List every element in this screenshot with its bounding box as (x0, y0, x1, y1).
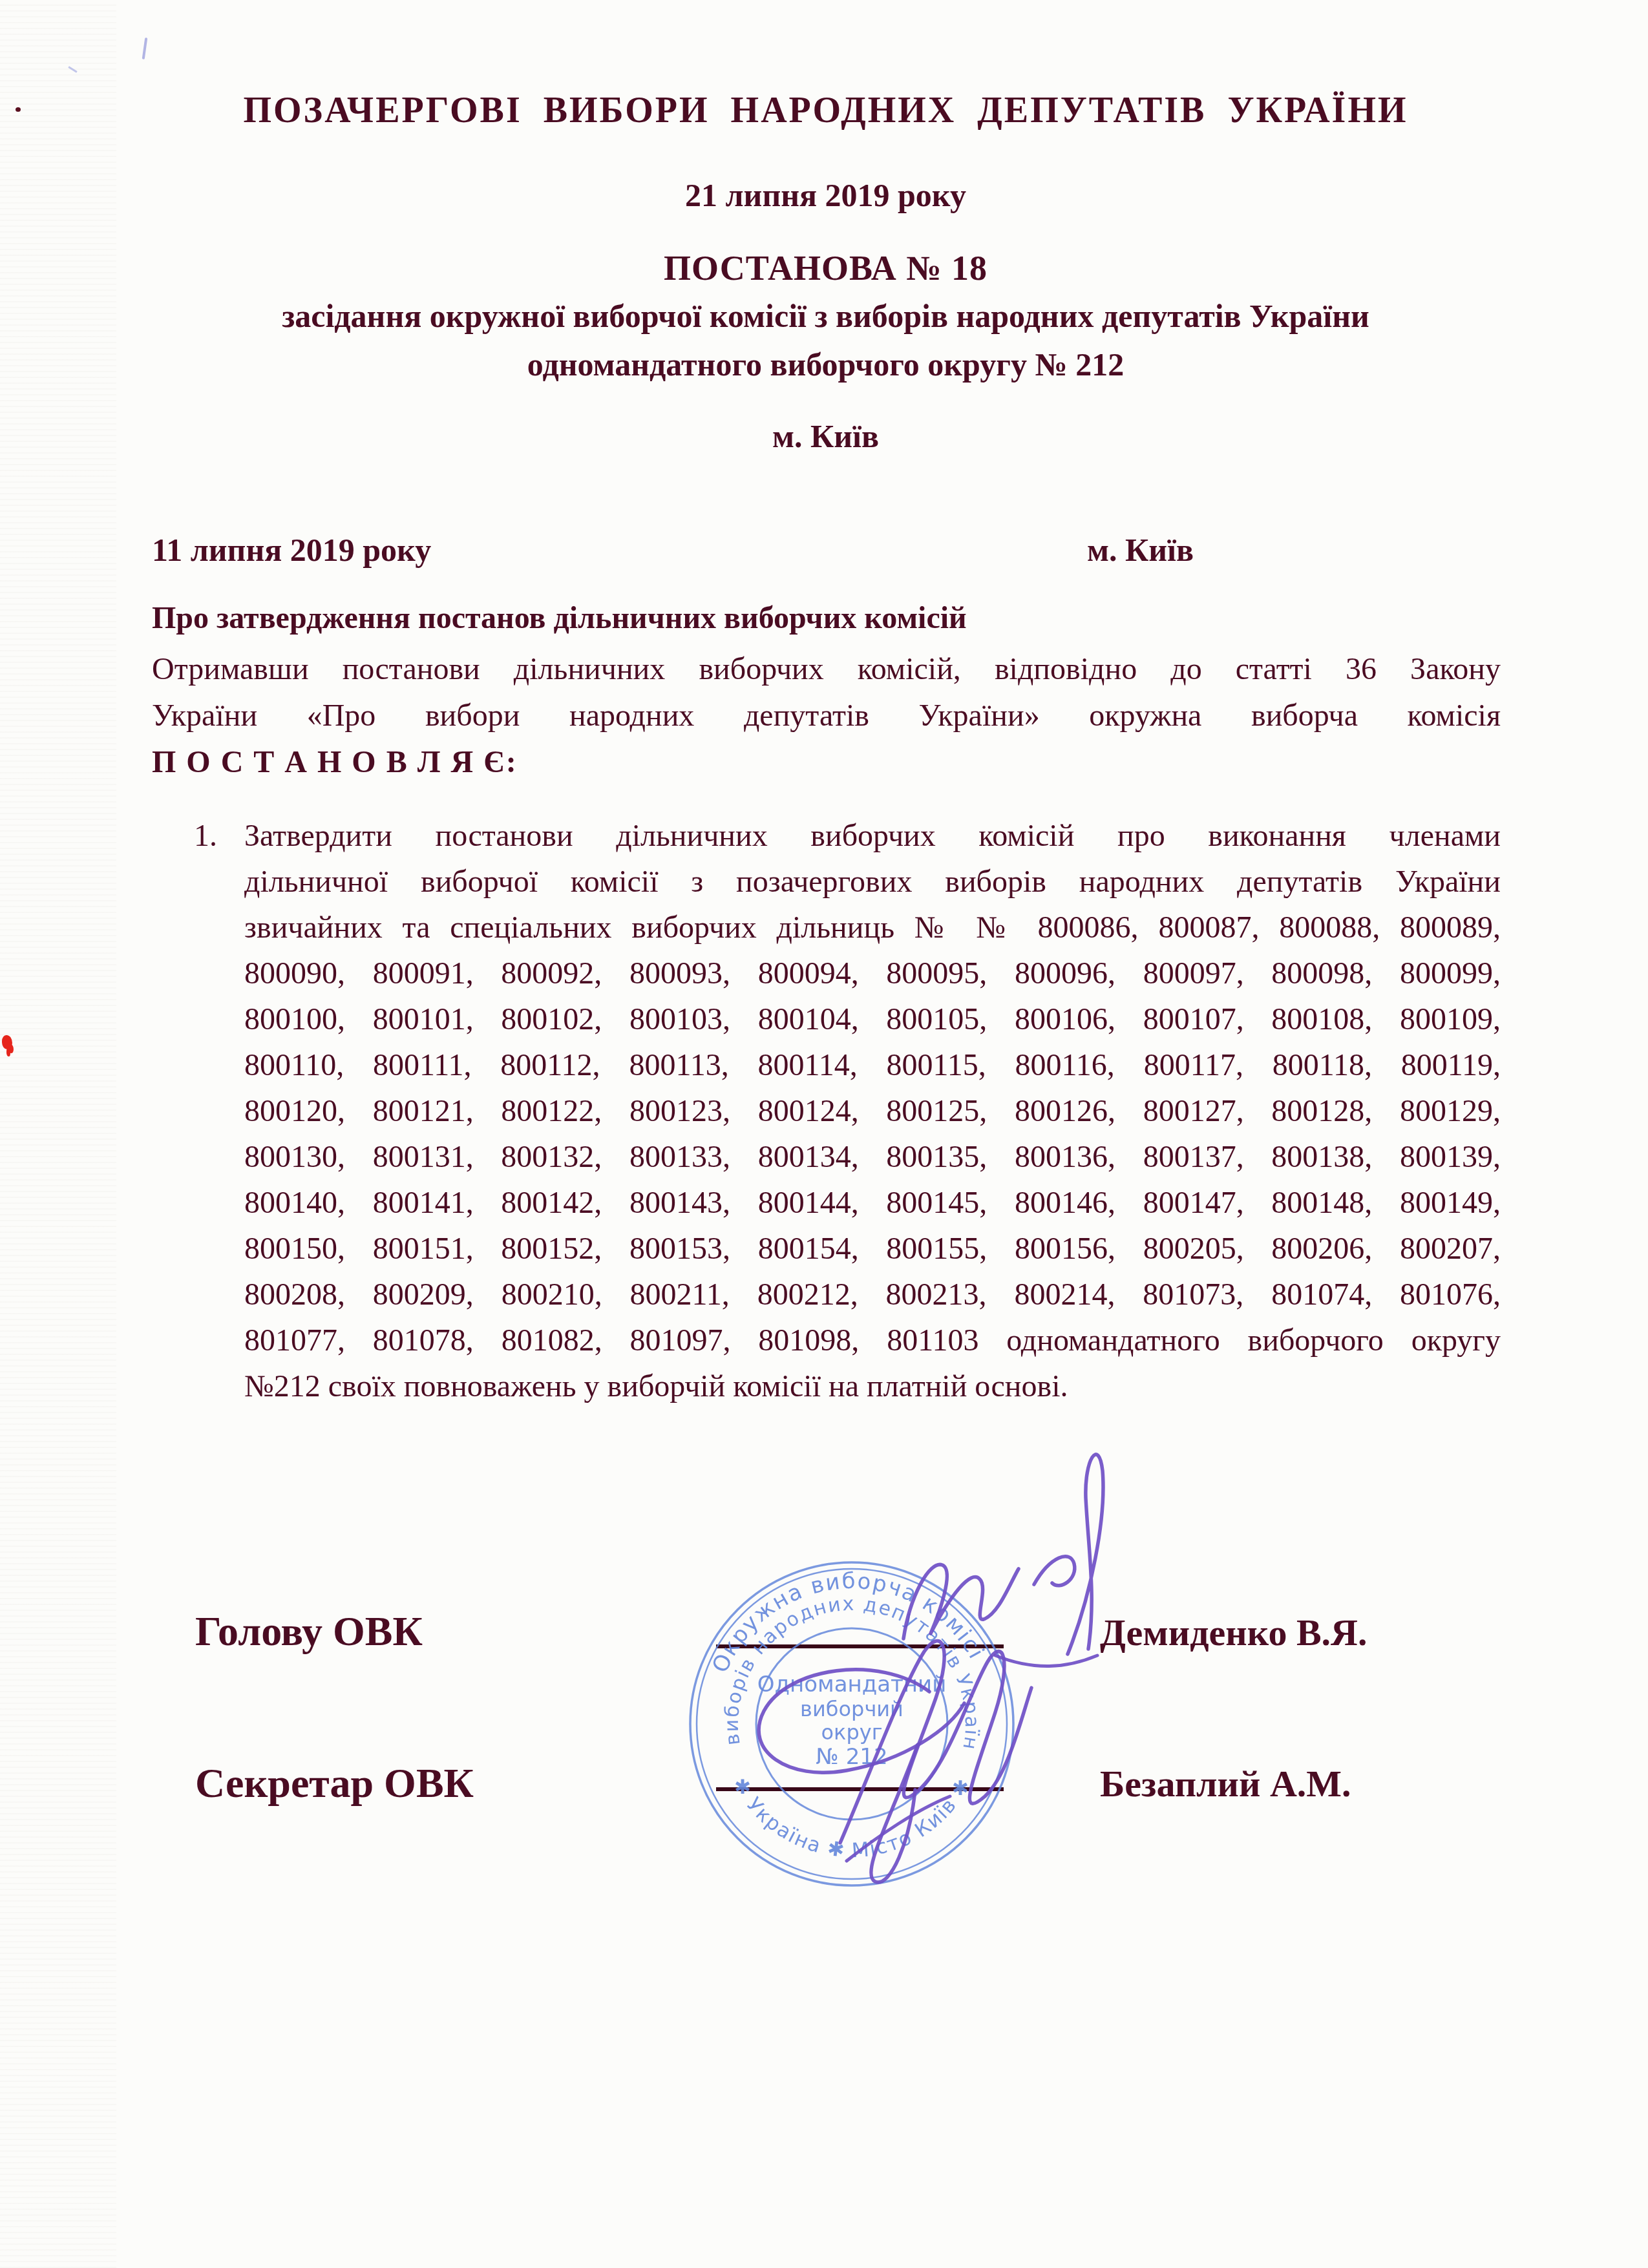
blue-pen-dash (68, 66, 77, 72)
item-1: 1. Затвердити постанови дільничних вибор… (194, 813, 1501, 1409)
item-1-line: Затвердити постанови дільничних виборчих… (244, 813, 1501, 859)
stamp-ring-top-text: Окружна виборча комісія (707, 1568, 989, 1730)
item-1-number: 1. (194, 813, 217, 859)
dateline-place: м. Київ (1087, 534, 1194, 566)
item-1-line: 801077, 801078, 801082, 801097, 801098, … (244, 1318, 1501, 1363)
stamp-center-line-3: округ (821, 1720, 883, 1745)
item-1-line: 800150, 800151, 800152, 800153, 800154, … (244, 1226, 1501, 1272)
item-1-line: 800130, 800131, 800132, 800133, 800134, … (244, 1134, 1501, 1180)
stamp-outer-circle-2 (697, 1569, 1007, 1879)
chairman-signature-line (716, 1644, 1004, 1648)
header-city: м. Київ (152, 420, 1499, 452)
subject-line: Про затвердження постанов дільничних виб… (152, 603, 967, 634)
resolution-number: ПОСТАНОВА № 18 (152, 251, 1499, 286)
item-1-line: 800120, 800121, 800122, 800123, 800124, … (244, 1088, 1501, 1134)
dateline-row: 11 липня 2019 року м. Київ (152, 534, 1499, 566)
secretary-label: Секретар ОВК (195, 1763, 474, 1804)
item-1-line: звичайних та спеціальних виборчих дільни… (244, 905, 1501, 950)
stamp-ring-inner-text: з виборів народних депутатів України (721, 1593, 983, 1752)
resolves-word: П О С Т А Н О В Л Я Є: (152, 739, 1501, 786)
document-title: ПОЗАЧЕРГОВІ ВИБОРИ НАРОДНИХ ДЕПУТАТІВ УК… (152, 92, 1499, 129)
preamble-line: України «Про вибори народних депутатів У… (152, 693, 1501, 739)
item-1-line: дільничної виборчої комісії з позачергов… (244, 859, 1501, 905)
stamp-center-line-2: виборчий (800, 1697, 903, 1721)
session-line-2: одномандатного виборчого округу № 212 (152, 348, 1499, 381)
item-1-line: №212 своїх повноважень у виборчій комісі… (244, 1363, 1501, 1409)
session-line-1: засідання окружної виборчої комісії з ви… (152, 300, 1499, 332)
item-1-line: 800140, 800141, 800142, 800143, 800144, … (244, 1180, 1501, 1226)
item-1-line: 800110, 800111, 800112, 800113, 800114, … (244, 1042, 1501, 1088)
election-date: 21 липня 2019 року (152, 179, 1499, 211)
official-stamp: Окружна виборча комісія з виборів народн… (690, 1562, 1013, 1885)
preamble: Отримавши постанови дільничних виборчих … (152, 646, 1501, 786)
preamble-line: Отримавши постанови дільничних виборчих … (152, 646, 1501, 693)
secretary-name: Безаплий А.М. (1100, 1765, 1351, 1803)
dateline-date: 11 липня 2019 року (152, 532, 431, 568)
scan-texture (0, 0, 116, 2268)
svg-text:Окружна виборча комісія: Окружна виборча комісія (707, 1568, 989, 1730)
document-page: ПОЗАЧЕРГОВІ ВИБОРИ НАРОДНИХ ДЕПУТАТІВ УК… (0, 0, 1648, 2268)
stamp-outer-circle (690, 1562, 1013, 1885)
maroon-speck (16, 107, 21, 112)
chairman-signature (903, 1454, 1103, 1666)
red-ink-speck (2, 1035, 12, 1049)
chairman-label: Голову ОВК (195, 1611, 423, 1652)
chairman-name: Демиденко В.Я. (1100, 1614, 1368, 1652)
stamp-center-line-4: № 212 (816, 1744, 887, 1770)
item-1-line: 800100, 800101, 800102, 800103, 800104, … (244, 996, 1501, 1042)
secretary-signature-line (716, 1787, 1004, 1791)
item-1-line: 800090, 800091, 800092, 800093, 800094, … (244, 950, 1501, 996)
stamp-center-line-1: Одномандатний (757, 1672, 947, 1697)
svg-text:з виборів народних депутатів У: з виборів народних депутатів України (721, 1593, 983, 1752)
secretary-signature (759, 1641, 1031, 1882)
blue-pen-speck (142, 37, 148, 59)
item-1-line: 800208, 800209, 800210, 800211, 800212, … (244, 1272, 1501, 1318)
